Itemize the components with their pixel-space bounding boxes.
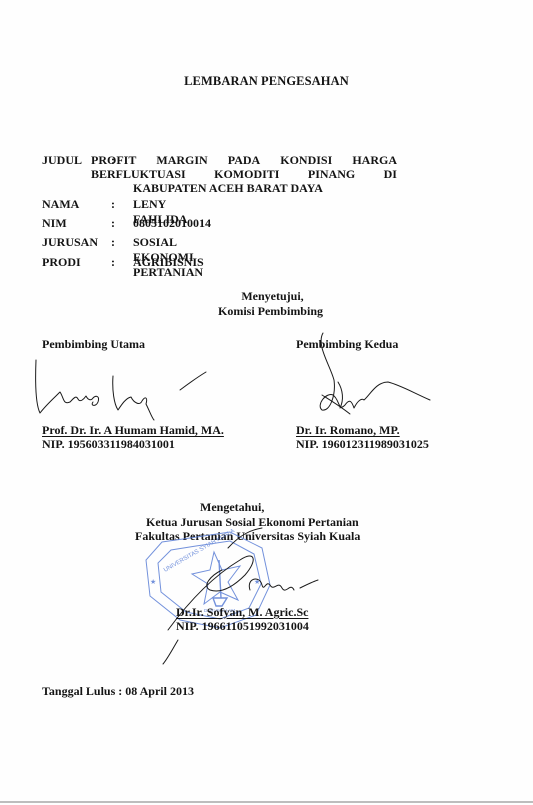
supervisor-2-name: Dr. Ir. Romano, MP.: [296, 423, 400, 438]
ack-name: Dr.Ir. Sofyan, M. Agric.Sc: [176, 605, 308, 620]
judul-word: KONDISI: [280, 153, 332, 168]
supervisor-1-nip: NIP. 195603311984031001: [42, 437, 175, 452]
field-label: PRODI: [42, 255, 102, 270]
signature-supervisor-1: [36, 360, 99, 413]
graduation-date: Tanggal Lulus : 08 April 2013: [42, 684, 194, 699]
field-separator: :: [111, 216, 115, 231]
field-label: JURUSAN: [42, 235, 102, 250]
page-edge-divider: [0, 801, 533, 803]
page-title: LEMBARAN PENGESAHAN: [0, 74, 533, 89]
judul-word: KOMODITI: [214, 167, 279, 182]
supervisor-2-role: Pembimbing Kedua: [296, 337, 398, 352]
supervisor-2-nip: NIP. 196012311989031025: [296, 437, 429, 452]
graduation-separator: :: [118, 684, 122, 698]
supervisor-1-name: Prof. Dr. Ir. A Humam Hamid, MA.: [42, 423, 224, 438]
document-page: LEMBARAN PENGESAHAN JUDUL : PROFIT MARGI…: [0, 0, 533, 805]
field-value: 0805102010014: [133, 216, 211, 231]
field-value: AGRIBISNIS: [133, 255, 204, 270]
field-separator: :: [111, 197, 115, 212]
judul-word: MARGIN: [156, 153, 207, 168]
judul-line-3: KABUPATEN ACEH BARAT DAYA: [133, 181, 323, 196]
judul-word: BERFLUKTUASI: [91, 167, 186, 182]
field-label: NAMA: [42, 197, 102, 212]
judul-word: DI: [384, 167, 397, 182]
judul-line-2: BERFLUKTUASI KOMODITI PINANG DI: [91, 167, 397, 182]
judul-word: PINANG: [308, 167, 355, 182]
field-separator: :: [111, 235, 115, 250]
graduation-label: Tanggal Lulus: [42, 684, 115, 698]
approval-subheading: Komisi Pembimbing: [0, 304, 533, 319]
svg-text:★: ★: [150, 578, 156, 586]
supervisor-1-role: Pembimbing Utama: [42, 337, 145, 352]
field-separator: :: [111, 255, 115, 270]
judul-line-1: PROFIT MARGIN PADA KONDISI HARGA: [91, 153, 397, 168]
judul-word: HARGA: [352, 153, 397, 168]
judul-word: PADA: [228, 153, 260, 168]
approval-heading: Menyetujui,: [0, 289, 533, 304]
ack-nip: NIP. 196611051992031004: [176, 619, 309, 634]
judul-word: PROFIT: [91, 153, 136, 168]
ack-heading: Mengetahui,: [200, 500, 264, 515]
field-label: NIM: [42, 216, 102, 231]
ack-line-1: Ketua Jurusan Sosial Ekonomi Pertanian: [146, 515, 359, 530]
graduation-value: 08 April 2013: [125, 684, 194, 698]
svg-text:★: ★: [254, 578, 260, 586]
ack-line-2: Fakultas Pertanian Universitas Syiah Kua…: [135, 529, 360, 544]
